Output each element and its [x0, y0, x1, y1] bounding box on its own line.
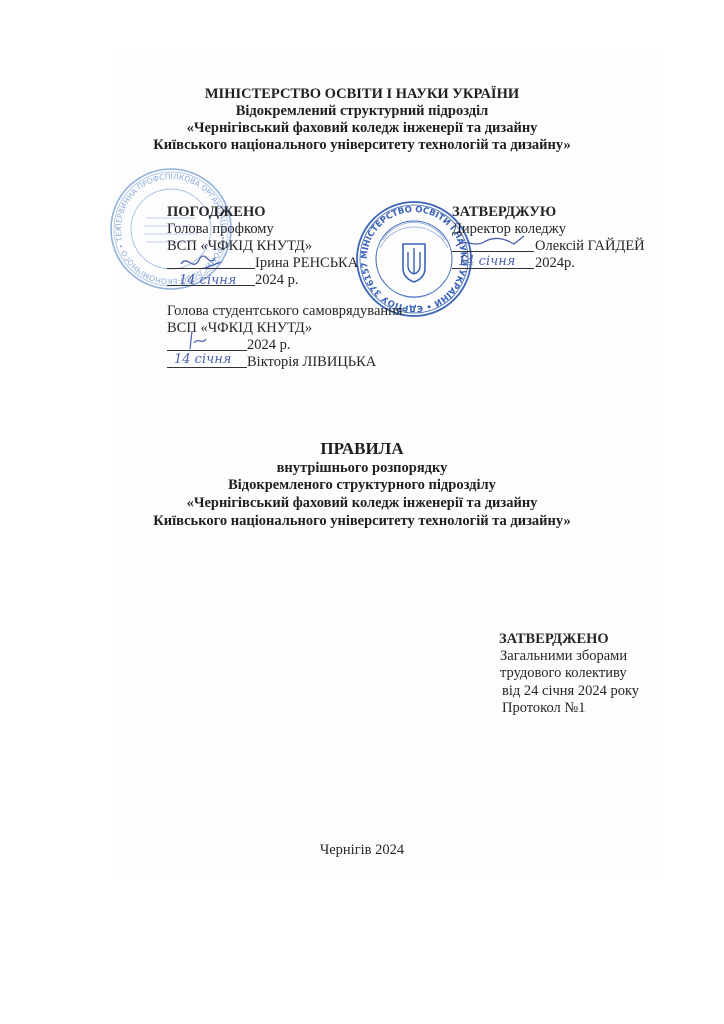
student-gov-signature: 14 січня [172, 325, 244, 369]
approve-signature: 14 січня [452, 232, 532, 272]
approve-name: Олексій ГАЙДЕЙ [535, 239, 645, 254]
approved-line-1: Загальними зборами [500, 649, 627, 664]
approved-line-2: трудового колективу [500, 666, 627, 681]
agreed-signature: 14 січня [175, 250, 245, 290]
ministry-heading: МІНІСТЕРСТВО ОСВІТИ І НАУКИ УКРАЇНИ [0, 87, 724, 102]
approved-line-4: Протокол №1 [502, 701, 586, 716]
college-heading: «Чернігівський фаховий коледж інженерії … [0, 121, 724, 136]
place-year: Чернігів 2024 [0, 843, 724, 858]
title-line-1: внутрішнього розпорядку [0, 461, 724, 476]
agreed-name: Ірина РЕНСЬКА [255, 256, 358, 271]
agreed-heading: ПОГОДЖЕНО [167, 205, 266, 220]
agreed-date-handwritten: 14 січня [179, 273, 236, 288]
approve-date-suffix: 2024р. [535, 256, 575, 271]
student-gov-role: Голова студентського самоврядування [167, 304, 403, 319]
approved-heading: ЗАТВЕРДЖЕНО [499, 632, 609, 647]
agreed-date-suffix: 2024 р. [255, 273, 299, 288]
approved-line-3: від 24 січня 2024 року [502, 684, 639, 699]
approve-heading: ЗАТВЕРДЖУЮ [452, 205, 556, 220]
student-gov-date-handwritten: 14 січня [174, 352, 231, 367]
title-line-4: Київського національного університету те… [0, 514, 724, 529]
division-heading: Відокремлений структурний підрозділ [0, 104, 724, 119]
document-title: ПРАВИЛА [0, 440, 724, 457]
title-line-3: «Чернігівський фаховий коледж інженерії … [0, 496, 724, 511]
student-gov-name: Вікторія ЛІВИЦЬКА [247, 355, 376, 370]
approve-date-handwritten: 14 січня [458, 254, 515, 269]
title-line-2: Відокремленого структурного підрозділу [0, 478, 724, 493]
student-gov-date-suffix: 2024 р. [247, 338, 291, 353]
agreed-role: Голова профкому [167, 222, 274, 237]
university-heading: Київського національного університету те… [0, 138, 724, 153]
